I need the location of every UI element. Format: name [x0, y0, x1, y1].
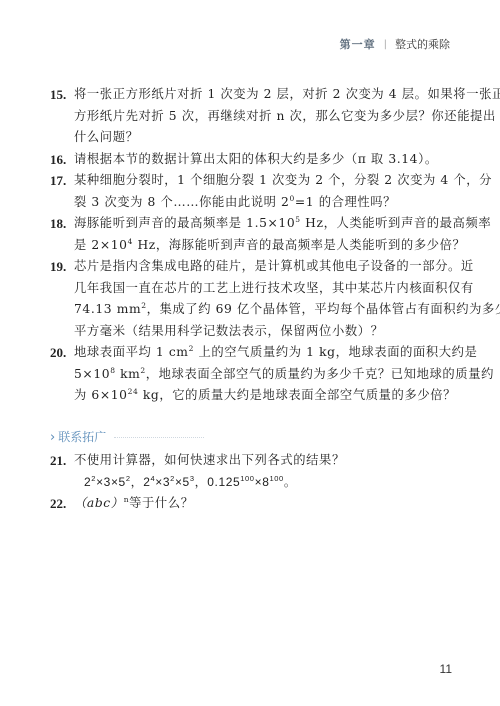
text-line: 74.13 mm2，集成了约 69 亿个晶体管，平均每个晶体管占有面积约为多少 — [74, 299, 500, 321]
problem-number: 21. — [50, 450, 74, 472]
text-line: 不使用计算器，如何快速求出下列各式的结果？ — [74, 450, 470, 472]
exponent: 100 — [269, 474, 283, 483]
text-fragment: 地球表面平均 1 cm — [74, 345, 189, 359]
section-heading-extension: › 联系拓广 — [50, 427, 470, 449]
problem-15: 15. 将一张正方形纸片对折 1 次变为 2 层，对折 2 次变为 4 层。如果… — [50, 84, 470, 149]
problem-number: 20. — [50, 342, 74, 364]
problem-number: 17. — [50, 170, 74, 192]
text-fragment: ， — [195, 475, 208, 489]
problem-text: 不使用计算器，如何快速求出下列各式的结果？ 22×3×52，24×32×53，0… — [74, 450, 470, 493]
text-fragment: 等于什么？ — [129, 496, 194, 510]
chapter-label: 第一章 — [340, 36, 376, 52]
problem-text: 某种细胞分裂时，1 个细胞分裂 1 次变为 2 个，分裂 2 次变为 4 个，分… — [74, 170, 492, 213]
page-content: 15. 将一张正方形纸片对折 1 次变为 2 层，对折 2 次变为 4 层。如果… — [50, 84, 470, 515]
text-line: 海豚能听到声音的最高频率是 1.5×105 Hz，人类能听到声音的最高频率 — [74, 213, 491, 235]
text-line: 将一张正方形纸片对折 1 次变为 2 层，对折 2 次变为 4 层。如果将一张正 — [74, 84, 500, 106]
problem-22: 22. （abc）n等于什么？ — [50, 493, 470, 515]
text-line: 芯片是指内含集成电路的硅片，是计算机或其他电子设备的一部分。近 — [74, 256, 500, 278]
problem-number: 16. — [50, 149, 74, 171]
problem-number: 19. — [50, 256, 74, 278]
problem-text: 芯片是指内含集成电路的硅片，是计算机或其他电子设备的一部分。近 几年我国一直在芯… — [74, 256, 500, 342]
text-fragment: ×3 — [155, 475, 170, 489]
text-line: 为 6×1024 kg，它的质量大约是地球表面全部空气质量的多少倍？ — [74, 385, 494, 407]
text-line: 方形纸片先对折 5 次，再继续对折 n 次，那么它变为多少层？你还能提出 — [74, 106, 500, 128]
problem-18: 18. 海豚能听到声音的最高频率是 1.5×105 Hz，人类能听到声音的最高频… — [50, 213, 470, 256]
text-fragment: ，集成了约 69 亿个晶体管，平均每个晶体管占有面积约为多少 — [147, 302, 500, 316]
section-title: 联系拓广 — [58, 427, 106, 449]
chevron-right-icon: › — [50, 427, 55, 449]
exponent: 24 — [128, 387, 139, 396]
text-fragment: ×5 — [175, 475, 190, 489]
text-line: 地球表面平均 1 cm2 上的空气质量约为 1 kg，地球表面的面积大约是 — [74, 342, 494, 364]
problem-number: 15. — [50, 84, 74, 106]
dotted-divider — [114, 436, 204, 438]
problem-19: 19. 芯片是指内含集成电路的硅片，是计算机或其他电子设备的一部分。近 几年我国… — [50, 256, 470, 342]
text-fragment: =1 的合理性吗？ — [295, 195, 396, 209]
text-fragment: km — [116, 367, 141, 381]
text-line: 5×108 km2，地球表面全部空气的质量约为多少千克？已知地球的质量约 — [74, 364, 494, 386]
text-fragment: ×8 — [255, 475, 270, 489]
formula-line: 22×3×52，24×32×53，0.125100×8100。 — [74, 472, 470, 494]
text-fragment: ，地球表面全部空气的质量约为多少千克？已知地球的质量约 — [146, 367, 494, 381]
text-line: 裂 3 次变为 8 个……你能由此说明 20=1 的合理性吗？ — [74, 192, 492, 214]
page-number: 11 — [440, 662, 452, 676]
text-fragment: Hz，海豚能听到声音的最高频率是人类能听到的多少倍？ — [133, 238, 465, 252]
text-fragment: kg，它的质量大约是地球表面全部空气质量的多少倍？ — [138, 388, 456, 402]
problem-20: 20. 地球表面平均 1 cm2 上的空气质量约为 1 kg，地球表面的面积大约… — [50, 342, 470, 407]
problem-text: 请根据本节的数据计算出太阳的体积大约是多少（π 取 3.14）。 — [74, 149, 470, 171]
text-line: 几年我国一直在芯片的工艺上进行技术攻坚，其中某芯片内核面积仅有 — [74, 278, 500, 300]
text-fragment: 为 6×10 — [74, 388, 128, 402]
problem-16: 16. 请根据本节的数据计算出太阳的体积大约是多少（π 取 3.14）。 — [50, 149, 470, 171]
text-fragment: 裂 3 次变为 8 个……你能由此说明 2 — [74, 195, 289, 209]
text-line: （abc）n等于什么？ — [74, 493, 470, 515]
text-line: 是 2×104 Hz，海豚能听到声音的最高频率是人类能听到的多少倍？ — [74, 235, 491, 257]
text-line: 请根据本节的数据计算出太阳的体积大约是多少（π 取 3.14）。 — [74, 149, 470, 171]
problem-17: 17. 某种细胞分裂时，1 个细胞分裂 1 次变为 2 个，分裂 2 次变为 4… — [50, 170, 470, 213]
text-fragment: （abc） — [74, 496, 124, 510]
problem-number: 22. — [50, 493, 74, 515]
problem-21: 21. 不使用计算器，如何快速求出下列各式的结果？ 22×3×52，24×32×… — [50, 450, 470, 493]
text-fragment: 上的空气质量约为 1 kg，地球表面的面积大约是 — [194, 345, 478, 359]
exponent: 100 — [240, 474, 254, 483]
problem-text: （abc）n等于什么？ — [74, 493, 470, 515]
text-fragment: 。 — [284, 475, 297, 489]
header-separator: | — [384, 39, 387, 50]
text-line: 什么问题？ — [74, 127, 500, 149]
problem-number: 18. — [50, 213, 74, 235]
text-fragment: 5×10 — [74, 367, 110, 381]
text-fragment: ×3×5 — [96, 475, 126, 489]
text-line: 平方毫米（结果用科学记数法表示，保留两位小数）？ — [74, 321, 500, 343]
problem-text: 地球表面平均 1 cm2 上的空气质量约为 1 kg，地球表面的面积大约是 5×… — [74, 342, 494, 407]
problem-text: 将一张正方形纸片对折 1 次变为 2 层，对折 2 次变为 4 层。如果将一张正… — [74, 84, 500, 149]
running-header: 第一章 | 整式的乘除 — [340, 36, 450, 52]
text-fragment: 海豚能听到声音的最高频率是 1.5×10 — [74, 216, 295, 230]
chapter-title: 整式的乘除 — [395, 36, 450, 52]
problem-text: 海豚能听到声音的最高频率是 1.5×105 Hz，人类能听到声音的最高频率 是 … — [74, 213, 491, 256]
text-fragment: 74.13 mm — [74, 302, 141, 316]
text-fragment: ， — [131, 475, 144, 489]
text-line: 某种细胞分裂时，1 个细胞分裂 1 次变为 2 个，分裂 2 次变为 4 个，分 — [74, 170, 492, 192]
text-fragment: 0.125 — [207, 475, 240, 489]
text-fragment: 是 2×10 — [74, 238, 128, 252]
text-fragment: 2 — [143, 475, 150, 489]
text-fragment: Hz，人类能听到声音的最高频率 — [301, 216, 492, 230]
